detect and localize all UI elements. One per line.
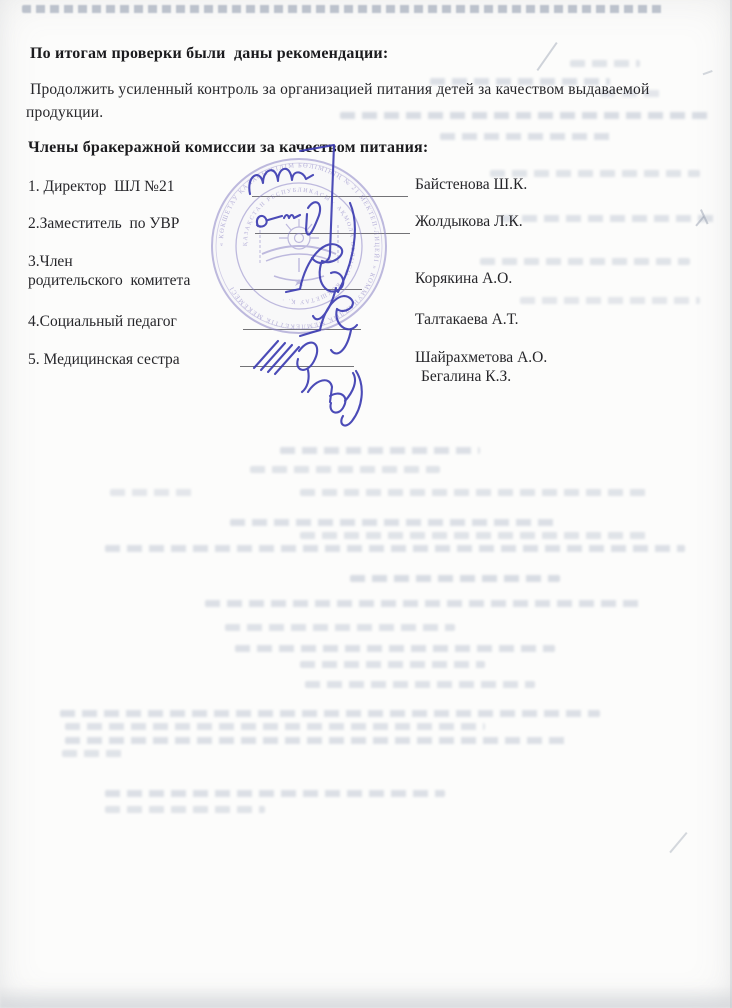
bleed-through-line <box>60 710 600 717</box>
bleed-through-line <box>105 790 445 797</box>
bleed-through-line <box>300 489 650 496</box>
scan-scratch-mark <box>669 832 687 853</box>
bleed-through-line <box>65 723 485 730</box>
bleed-through-line <box>305 681 535 688</box>
bleed-through-line <box>280 447 480 454</box>
bleed-through-line <box>570 60 640 67</box>
scanned-page: По итогам проверки были даны рекомендаци… <box>0 0 732 1008</box>
scan-scratch-mark <box>703 70 713 75</box>
signature-nurse <box>254 341 317 392</box>
signature-second <box>308 371 362 425</box>
scan-scratch-mark <box>695 216 704 226</box>
bleed-through-line <box>520 297 700 304</box>
recommendation-paragraph: Продолжить усиленный контроль за организ… <box>26 79 718 125</box>
bleed-through-line <box>480 258 690 265</box>
bleed-through-line <box>230 519 560 526</box>
scan-scratch-mark <box>536 42 557 71</box>
recommendations-heading: По итогам проверки были даны рекомендаци… <box>30 42 388 66</box>
scan-scratch-mark <box>700 209 709 224</box>
stamp-and-signatures: « КӨКШЕТАУ ҚАЛАСЫ БІЛІМ БӨЛІМІНІҢ № 21 М… <box>150 130 450 440</box>
official-round-stamp: « КӨКШЕТАУ ҚАЛАСЫ БІЛІМ БӨЛІМІНІҢ № 21 М… <box>212 159 386 333</box>
bleed-through-line <box>350 575 560 582</box>
bleed-through-line <box>205 600 645 607</box>
bleed-through-line <box>300 661 485 668</box>
bleed-through-line <box>225 624 455 631</box>
bleed-through-line <box>22 5 662 13</box>
bleed-through-line <box>105 545 685 552</box>
bleed-through-line <box>500 215 715 222</box>
bleed-through-line <box>62 750 122 757</box>
scan-bottom-shadow <box>0 986 732 1008</box>
bleed-through-line <box>65 737 565 744</box>
bleed-through-line <box>105 806 265 813</box>
bleed-through-line <box>250 466 440 473</box>
bleed-through-line <box>235 645 555 652</box>
bleed-through-line <box>300 532 650 539</box>
bleed-through-line <box>440 133 610 140</box>
bleed-through-line <box>110 489 195 496</box>
